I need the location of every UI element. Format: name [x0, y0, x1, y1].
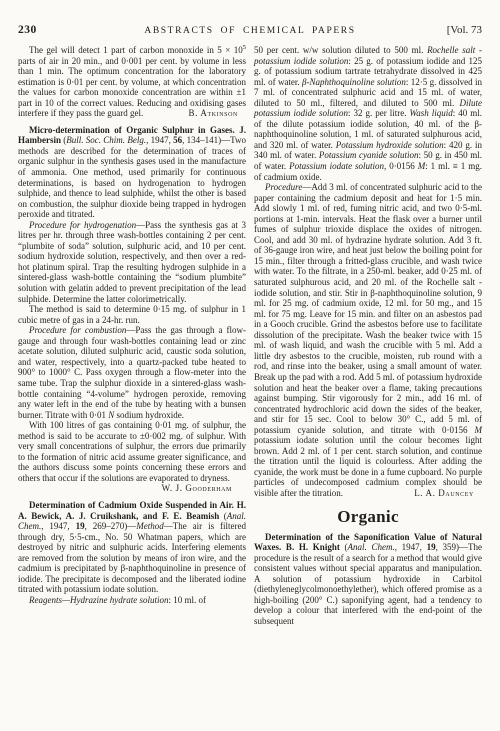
text-run: , 1947, [395, 542, 427, 552]
page-number: 230 [18, 24, 88, 36]
volume-label: [Vol. 73 [412, 24, 482, 36]
text-run: —Add 3 ml. of concentrated sulphuric aci… [254, 182, 482, 435]
emphasis-bold: 56 [173, 135, 182, 145]
section-heading: Organic [254, 507, 482, 527]
paragraph: Determination of Cadmium Oxide Suspended… [18, 500, 246, 595]
text-run: sodium hydroxide. [114, 410, 184, 420]
paragraph: Procedure for hydrogenation—Pass the syn… [18, 220, 246, 304]
emphasis-italic: M [475, 425, 483, 435]
text-run: —Pass the gas through a flow-gauge and t… [18, 325, 246, 419]
text-run: , 0·0156 [384, 161, 418, 171]
text-run: , 269–270)— [85, 521, 137, 531]
paragraph: Micro-determination of Organic Sulphur i… [18, 125, 246, 220]
text-run: , 1947, [146, 135, 173, 145]
text-run: 50 per cent. w/w solution diluted to 500… [254, 45, 427, 55]
text-run: : 32 g. per litre. [348, 108, 410, 118]
running-header: 230 ABSTRACTS OF CHEMICAL PAPERS [Vol. 7… [18, 24, 482, 36]
author-signature: L. A. Dauncey [403, 488, 474, 499]
text-run: The gel will detect 1 part of carbon mon… [29, 45, 243, 55]
emphasis-italic: Procedure for combustion [29, 325, 126, 335]
text-run: —Pass the synthesis gas at 3 litres per … [18, 220, 246, 304]
emphasis-italic: Potassium iodate solution [289, 161, 384, 171]
paragraph: Determination of the Saponification Valu… [254, 532, 482, 627]
emphasis-italic: Reagents—Hydrazine hydrate solution [29, 595, 168, 605]
paragraph: The method is said to determine 0·15 mg.… [18, 304, 246, 325]
paragraph: With 100 litres of gas containing 0·01 m… [18, 420, 246, 483]
emphasis-italic: Procedure for hydrogenation [29, 220, 136, 230]
two-column-body: The gel will detect 1 part of carbon mon… [18, 45, 482, 626]
emphasis-italic: Wash liquid [410, 108, 453, 118]
emphasis-bold: Determination of Cadmium Oxide Suspended… [18, 500, 246, 521]
journal-page: 230 ABSTRACTS OF CHEMICAL PAPERS [Vol. 7… [0, 0, 500, 731]
paragraph: Procedure for combustion—Pass the gas th… [18, 325, 246, 420]
author-signature: B. Atkinson [178, 108, 238, 119]
text-run: : 10 ml. of [168, 595, 206, 605]
paragraph: Reagents—Hydrazine hydrate solution: 10 … [18, 595, 246, 606]
emphasis-italic: Potassium hydroxide solution [336, 140, 444, 150]
text-run: , 1947, [41, 521, 75, 531]
emphasis-italic: Anal. Chem. [348, 542, 395, 552]
paragraph: Procedure—Add 3 ml. of concentrated sulp… [254, 182, 482, 498]
text-run: With 100 litres of gas containing 0·01 m… [18, 420, 246, 483]
superscript: 5 [243, 44, 246, 51]
text-run: , 134–141)—Two methods are described for… [18, 135, 246, 219]
paragraph: 50 per cent. w/w solution diluted to 500… [254, 45, 482, 182]
author-name: W. J. Gooderham [162, 483, 232, 493]
emphasis-bold: 19 [76, 521, 85, 531]
text-run: The method is said to determine 0·15 mg.… [18, 304, 246, 325]
right-column: 50 per cent. w/w solution diluted to 500… [254, 45, 482, 626]
running-title: ABSTRACTS OF CHEMICAL PAPERS [88, 26, 412, 36]
emphasis-bold: 19 [427, 542, 436, 552]
paragraph: The gel will detect 1 part of carbon mon… [18, 45, 246, 119]
left-column: The gel will detect 1 part of carbon mon… [18, 45, 246, 626]
emphasis-italic: Bull. Soc. Chim. Belg. [66, 135, 146, 145]
text-run: —The air is filtered through dry, 5·5-cm… [18, 521, 246, 594]
author-signature: W. J. Gooderham [18, 483, 246, 494]
emphasis-italic: Potassium cyanide solution [319, 150, 419, 160]
text-run: , 359)—The procedure is the result of a … [254, 542, 482, 626]
emphasis-italic: β-Naphthoquinoline solution [302, 77, 406, 87]
emphasis-italic: Method [136, 521, 164, 531]
emphasis-italic: Procedure [265, 182, 302, 192]
